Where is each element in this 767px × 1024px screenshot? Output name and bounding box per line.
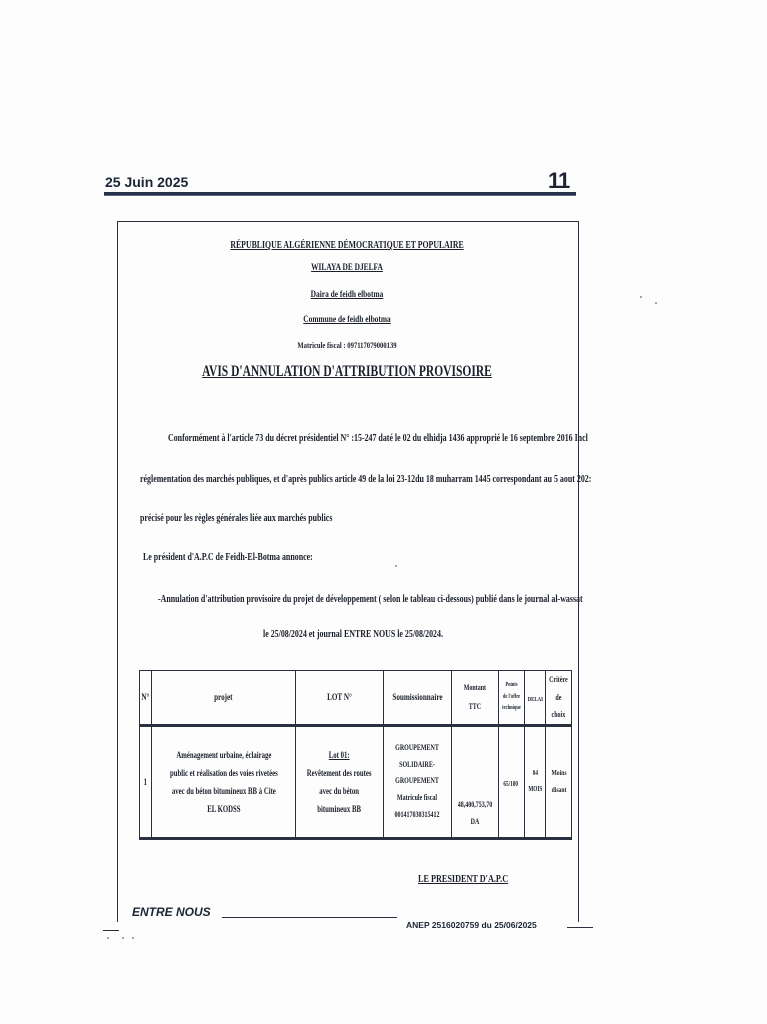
cell-soumissionnaire: GROUPEMENT SOLIDAIRE- GROUPEMENT Matricu… xyxy=(383,725,451,838)
footer-rule xyxy=(222,917,397,918)
cell-montant: 48,400,753,70 DA xyxy=(451,725,498,838)
footer-reference: ANEP 2516020759 du 25/06/2025 xyxy=(406,920,537,930)
attribution-table: N° projet LOT N° Soumissionnaire Montant… xyxy=(139,670,572,840)
paragraph-annulment: -Annulation d'attribution provisoire du … xyxy=(158,593,583,605)
paragraph-announcer: Le président d'A.P.C de Feidh-El-Botma a… xyxy=(143,551,313,563)
header-rule xyxy=(104,192,576,196)
signature-president: LE PRESIDENT D'A.P.C xyxy=(418,874,508,885)
page-number: 11 xyxy=(548,168,569,194)
table-row: 1 Aménagement urbaine, éclairage public … xyxy=(140,725,572,838)
wilaya-heading: WILAYA DE DJELFA xyxy=(168,263,527,273)
scan-speck xyxy=(107,937,109,939)
cell-delai: 04 MOIS xyxy=(524,725,546,838)
notice-title: AVIS D'ANNULATION D'ATTRIBUTION PROVISOI… xyxy=(181,363,512,381)
cell-points: 65/100 xyxy=(498,725,524,838)
cell-projet: Aménagement urbaine, éclairage public et… xyxy=(151,725,296,838)
paragraph-legal-ref-cont: réglementation des marchés publiques, et… xyxy=(140,473,591,485)
col-header-num: N° xyxy=(140,671,152,726)
cell-lot: Lot 01: Revêtement des routes avec du bé… xyxy=(296,725,383,838)
frame-corner xyxy=(103,930,119,931)
cell-num: 1 xyxy=(140,725,152,838)
cell-critere: Moins disant xyxy=(546,725,572,838)
paragraph-legal-ref: Conformément à l'article 73 du décret pr… xyxy=(168,432,588,444)
paragraph-rules: précisé pour les règles générales liée a… xyxy=(140,512,332,524)
col-header-montant: MontantTTC xyxy=(451,671,498,726)
newspaper-date: 25 Juin 2025 xyxy=(105,174,188,190)
scan-speck xyxy=(122,937,124,939)
daira-heading: Daira de feidh elbotma xyxy=(168,290,527,300)
footer-publication: ENTRE NOUS xyxy=(132,905,211,919)
scan-speck xyxy=(395,565,397,567)
commune-heading: Commune de feidh elbotma xyxy=(168,315,527,325)
paragraph-publication-dates: le 25/08/2024 et journal ENTRE NOUS le 2… xyxy=(263,628,443,640)
scan-speck xyxy=(640,296,642,298)
col-header-lot: LOT N° xyxy=(296,671,383,726)
col-header-soumissionnaire: Soumissionnaire xyxy=(383,671,451,726)
col-header-points: Pointsde l'offretechnique xyxy=(498,671,524,726)
footer-rule-tail xyxy=(567,927,593,928)
table-header-row: N° projet LOT N° Soumissionnaire Montant… xyxy=(140,671,572,726)
scan-speck xyxy=(655,302,657,304)
matricule-fiscal: Matricule fiscal : 097117079000139 xyxy=(168,340,527,350)
republic-heading: RÉPUBLIQUE ALGÉRIENNE DÉMOCRATIQUE ET PO… xyxy=(168,240,527,251)
col-header-projet: projet xyxy=(151,671,296,726)
col-header-critere: Critèrede choix xyxy=(546,671,572,726)
scan-speck xyxy=(132,937,134,939)
col-header-delai: DELAI xyxy=(524,671,546,726)
